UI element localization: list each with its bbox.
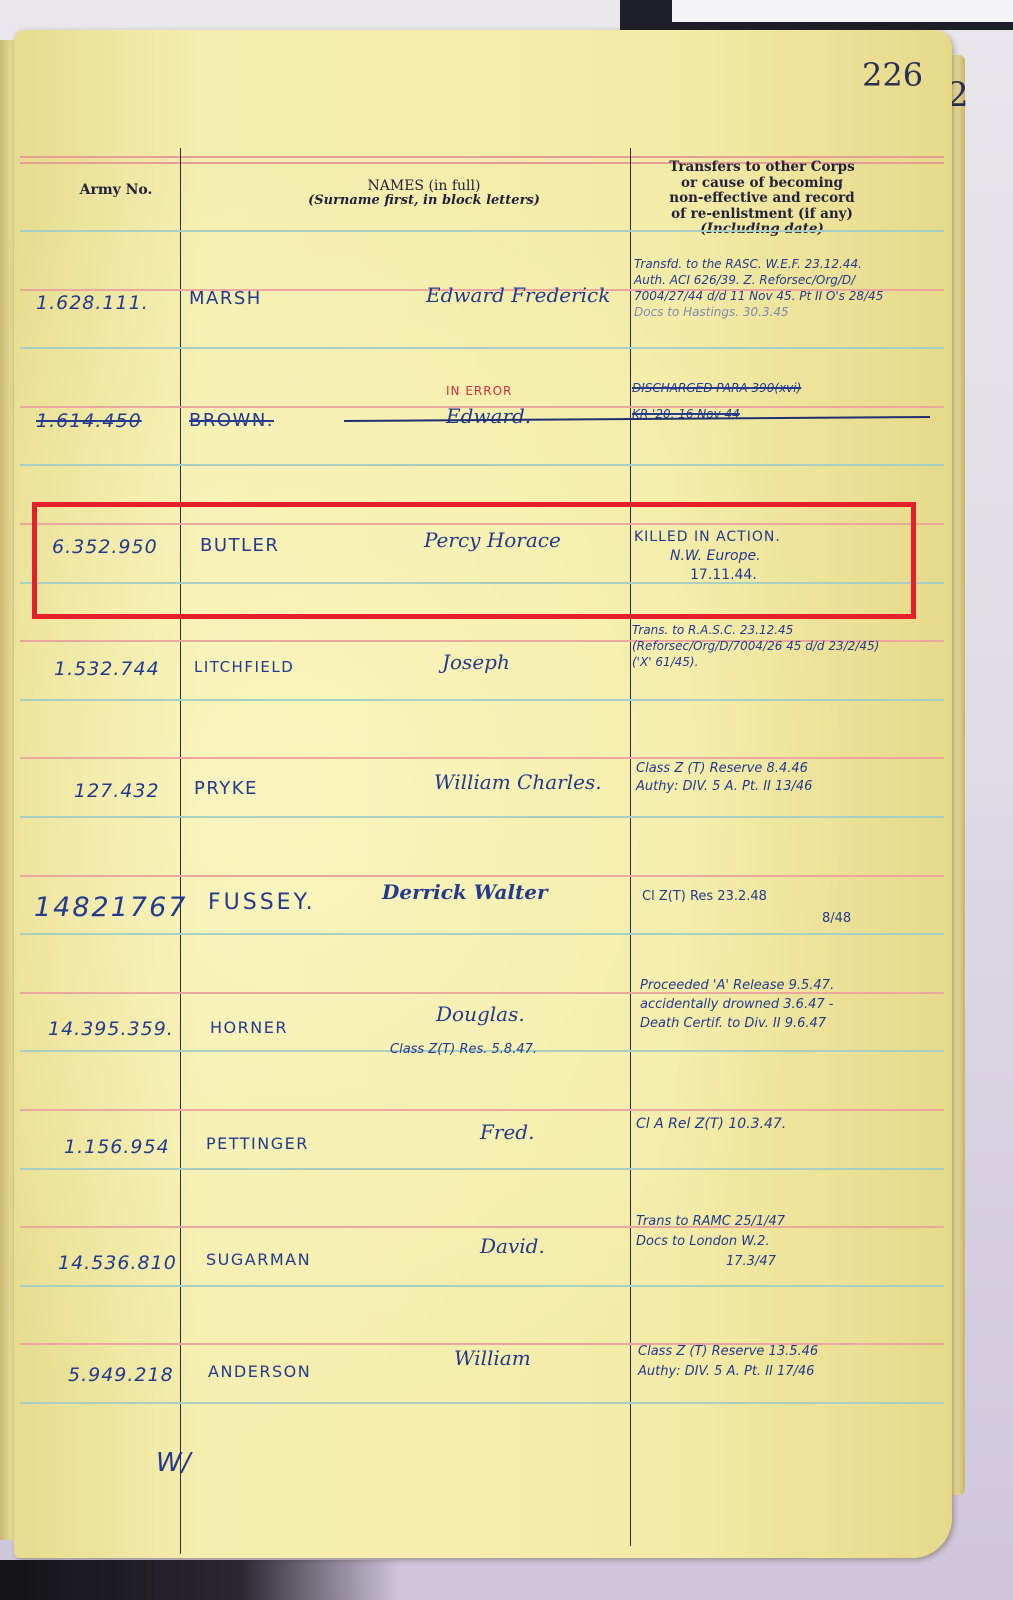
surname: FUSSEY. (208, 890, 316, 915)
note-line: Transfd. to the RASC. W.E.F. 23.12.44. (634, 256, 883, 272)
note-line: 7004/27/44 d/d 11 Nov 45. Pt II O's 28/4… (634, 288, 883, 304)
note-line: (Reforsec/Org/D/7004/26 45 d/d 23/2/45) (632, 638, 879, 654)
given-names: Joseph (442, 650, 510, 674)
surname: SUGARMAN (206, 1250, 311, 1269)
note-line: ('X' 61/45). (632, 654, 879, 670)
surname: PRYKE (194, 778, 258, 799)
surname: BROWN. (189, 410, 274, 431)
transfer-note: Proceeded 'A' Release 9.5.47. accidental… (640, 976, 834, 1033)
note-line: Cl Z(T) Res 23.2.48 (642, 886, 851, 908)
column-divider-transfers (630, 148, 631, 1546)
transfer-note: Class Z (T) Reserve 8.4.46 Authy: DIV. 5… (636, 760, 812, 796)
surname: LITCHFIELD (194, 658, 294, 676)
highlight-box-butler-entry (32, 502, 916, 619)
note-line: Auth. ACI 626/39. Z. Reforsec/Org/D/ (634, 272, 883, 288)
given-names: Douglas. (436, 1002, 525, 1026)
transfers-line: non-effective and record (650, 191, 874, 207)
note-line: 17.3/47 (636, 1252, 785, 1272)
note-line: 8/48 (642, 908, 851, 930)
army-number: 14821767 (34, 892, 187, 923)
column-header-transfers: Transfers to other Corps or cause of bec… (650, 160, 874, 238)
ledger-page: 226 Army No. NAMES (in full) (Surname fi… (14, 30, 952, 1558)
ruled-line (20, 1109, 944, 1111)
ruled-line (20, 1285, 944, 1287)
given-names: Edward. (446, 404, 531, 428)
ruled-line (20, 1226, 944, 1228)
note-line: Authy: DIV. 5 A. Pt. II 17/46 (638, 1362, 818, 1382)
note-line: accidentally drowned 3.6.47 - (640, 995, 834, 1014)
names-subtitle: (Surname first, in block letters) (224, 194, 624, 209)
transfer-note: Transfd. to the RASC. W.E.F. 23.12.44. A… (634, 256, 883, 320)
surname: HORNER (210, 1018, 288, 1037)
transfer-note: DISCHARGED PARA 390(xvi) KR '20. 16 Nov … (632, 380, 801, 422)
army-number: 5.949.218 (68, 1364, 174, 1386)
given-names: Derrick Walter (382, 880, 548, 904)
note-line: Trans to RAMC 25/1/47 (636, 1212, 785, 1232)
column-header-names: NAMES (in full) (Surname first, in block… (224, 178, 624, 209)
surname: PETTINGER (206, 1134, 309, 1153)
surname: MARSH (189, 288, 262, 309)
ruled-line (20, 1168, 944, 1170)
army-number: 127.432 (74, 780, 160, 802)
note-line: Proceeded 'A' Release 9.5.47. (640, 976, 834, 995)
given-names: William (454, 1346, 531, 1370)
transfer-note: Cl Z(T) Res 23.2.48 8/48 (642, 886, 851, 930)
ruled-line (20, 464, 944, 466)
book-shadow (0, 1560, 400, 1600)
given-names: Edward Frederick (426, 283, 610, 307)
ruled-line (20, 699, 944, 701)
army-number: 14.536.810 (58, 1252, 177, 1274)
ruled-line (20, 816, 944, 818)
note-line: Authy: DIV. 5 A. Pt. II 13/46 (636, 778, 812, 796)
note-line: DISCHARGED PARA 390(xvi) (632, 380, 801, 396)
ruled-line (20, 230, 944, 232)
note-line: Docs to London W.2. (636, 1232, 785, 1252)
surname: ANDERSON (208, 1362, 311, 1381)
transfer-note: Trans to RAMC 25/1/47 Docs to London W.2… (636, 1212, 785, 1272)
given-names: David. (480, 1234, 545, 1258)
note-line: Death Certif. to Div. II 9.6.47 (640, 1014, 834, 1033)
note-line: Docs to Hastings. 30.3.45 (634, 304, 883, 320)
note-line: Class Z (T) Reserve 13.5.46 (638, 1342, 818, 1362)
ruled-line (20, 1402, 944, 1404)
background-paper (672, 0, 1013, 22)
transfer-note: Class Z (T) Reserve 13.5.46 Authy: DIV. … (638, 1342, 818, 1382)
transfers-line: or cause of becoming (650, 176, 874, 192)
page-number: 226 (862, 56, 923, 94)
column-header-army-no: Army No. (76, 182, 156, 198)
army-number: 1.614.450 (36, 410, 142, 432)
army-number: 1.532.744 (54, 658, 160, 680)
army-number: 1.628.111. (36, 292, 149, 314)
army-number: 14.395.359. (48, 1018, 174, 1040)
note-line: Class Z (T) Reserve 8.4.46 (636, 760, 812, 778)
ruled-line (20, 347, 944, 349)
note-line: Cl A Rel Z(T) 10.3.47. (636, 1116, 786, 1132)
transfer-note: Cl A Rel Z(T) 10.3.47. (636, 1116, 786, 1132)
ruled-line (20, 933, 944, 935)
names-title: NAMES (in full) (224, 178, 624, 194)
sub-note: Class Z(T) Res. 5.8.47. (390, 1042, 537, 1058)
transfers-line: of re-enlistment (if any) (650, 207, 874, 223)
in-error-annotation: IN ERROR (446, 384, 512, 398)
initials-mark: W/ (156, 1448, 190, 1478)
transfers-line: Transfers to other Corps (650, 160, 874, 176)
given-names: Fred. (480, 1120, 534, 1144)
army-number: 1.156.954 (64, 1136, 170, 1158)
given-names: William Charles. (434, 770, 602, 794)
note-line: Trans. to R.A.S.C. 23.12.45 (632, 622, 879, 638)
ruled-line (20, 875, 944, 877)
transfer-note: Trans. to R.A.S.C. 23.12.45 (Reforsec/Or… (632, 622, 879, 670)
